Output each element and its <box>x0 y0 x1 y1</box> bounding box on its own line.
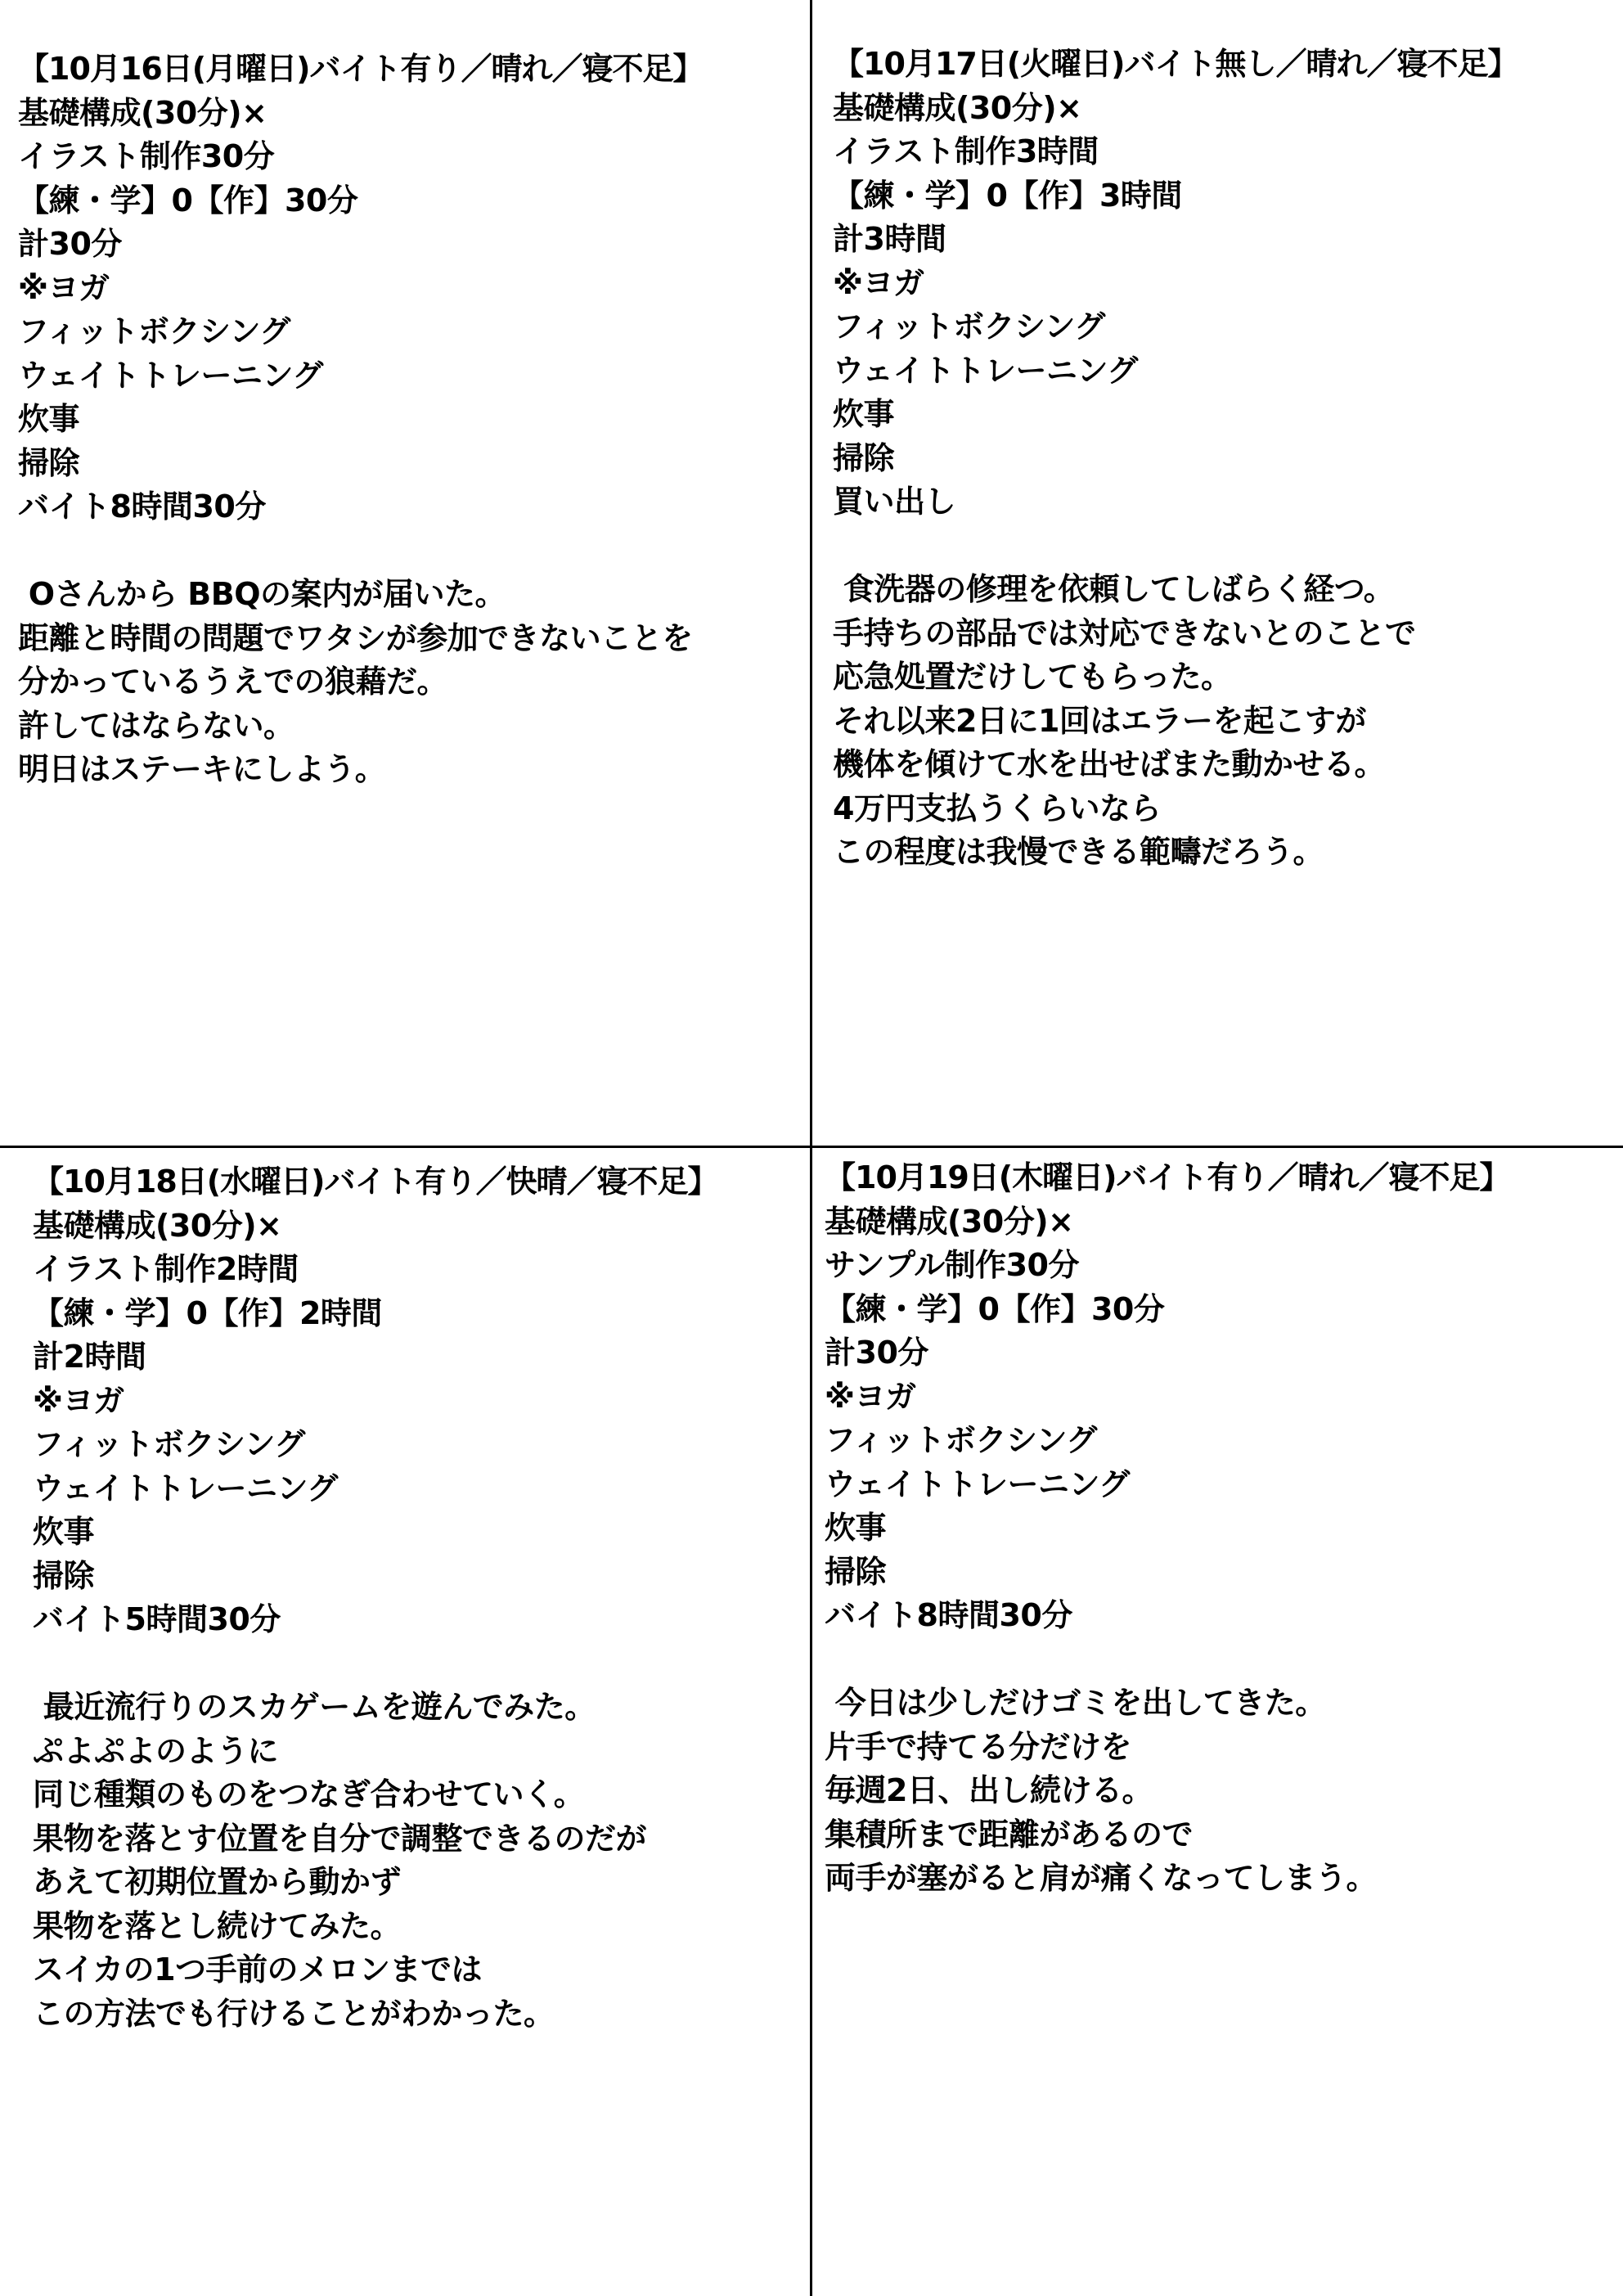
diary-text: Oさんから BBQの案内が届いた。 距離と時間の問題でワタシが参加できないことを… <box>18 573 704 792</box>
log-line: 炊事 <box>33 1510 718 1555</box>
horizontal-divider <box>0 1146 1623 1148</box>
activity-log: 基礎構成(30分)× イラスト制作2時間 【練・学】0【作】2時間 計2時間 ※… <box>33 1204 718 1642</box>
diary-line: 明日はステーキにしよう。 <box>18 748 704 792</box>
log-line: イラスト制作3時間 <box>833 130 1518 174</box>
diary-line: 最近流行りのスカゲームを遊んでみた。 <box>33 1686 718 1730</box>
diary-line: 距離と時間の問題でワタシが参加できないことを <box>18 617 704 661</box>
diary-line: 片手で持てる分だけを <box>825 1726 1510 1770</box>
diary-line: 今日は少しだけゴミを出してきた。 <box>825 1681 1510 1726</box>
log-line: 買い出し <box>833 480 1518 524</box>
diary-line: 同じ種類のものをつなぎ合わせていく。 <box>33 1773 718 1817</box>
diary-line: ぷよぷよのように <box>33 1730 718 1774</box>
diary-line: あえて初期位置から動かず <box>33 1861 718 1905</box>
log-line: サンプル制作30分 <box>825 1244 1510 1288</box>
log-line: 基礎構成(30分)× <box>18 92 704 136</box>
log-line: 掃除 <box>33 1555 718 1599</box>
diary-line: 毎週2日、出し続ける。 <box>825 1769 1510 1813</box>
log-line: バイト5時間30分 <box>33 1598 718 1642</box>
log-line: ウェイトトレーニング <box>825 1463 1510 1507</box>
diary-line: この方法でも行けることがわかった。 <box>33 1992 718 2037</box>
diary-line: 手持ちの部品では対応できないとのことで <box>833 612 1518 656</box>
log-line: 基礎構成(30分)× <box>825 1200 1510 1245</box>
log-line: イラスト制作2時間 <box>33 1248 718 1292</box>
log-line: フィットボクシング <box>18 310 704 354</box>
log-line: ウェイトトレーニング <box>33 1467 718 1511</box>
diary-line: 果物を落とし続けてみた。 <box>33 1905 718 1949</box>
diary-line: スイカの1つ手前のメロンまでは <box>33 1948 718 1992</box>
entry-oct-16: 【10月16日(月曜日)バイト有り／晴れ／寝不足】 基礎構成(30分)× イラス… <box>18 47 704 792</box>
entry-header: 【10月19日(木曜日)バイト有り／晴れ／寝不足】 <box>825 1156 1510 1200</box>
log-line: バイト8時間30分 <box>18 485 704 529</box>
spacer <box>825 1638 1510 1682</box>
log-line: 【練・学】0【作】2時間 <box>33 1292 718 1336</box>
entry-oct-18: 【10月18日(水曜日)バイト有り／快晴／寝不足】 基礎構成(30分)× イラス… <box>33 1160 718 2036</box>
diary-text: 今日は少しだけゴミを出してきた。 片手で持てる分だけを 毎週2日、出し続ける。 … <box>825 1681 1510 1901</box>
activity-log: 基礎構成(30分)× サンプル制作30分 【練・学】0【作】30分 計30分 ※… <box>825 1200 1510 1638</box>
activity-log: 基礎構成(30分)× イラスト制作3時間 【練・学】0【作】3時間 計3時間 ※… <box>833 87 1518 524</box>
log-line: 炊事 <box>18 398 704 442</box>
log-line: 基礎構成(30分)× <box>833 87 1518 131</box>
diary-line: それ以来2日に1回はエラーを起こすが <box>833 700 1518 744</box>
log-line: ※ヨガ <box>18 267 704 311</box>
log-line: ウェイトトレーニング <box>18 354 704 398</box>
diary-line: 食洗器の修理を依頼してしばらく経つ。 <box>833 568 1518 612</box>
log-line: 掃除 <box>833 437 1518 481</box>
log-line: ※ヨガ <box>833 262 1518 306</box>
diary-line: 応急処置だけしてもらった。 <box>833 655 1518 700</box>
diary-line: 4万円支払うくらいなら <box>833 787 1518 831</box>
diary-line: 機体を傾けて水を出せばまた動かせる。 <box>833 743 1518 787</box>
diary-line: 分かっているうえでの狼藉だ。 <box>18 660 704 705</box>
diary-text: 食洗器の修理を依頼してしばらく経つ。 手持ちの部品では対応できないとのことで 応… <box>833 568 1518 875</box>
log-line: 計30分 <box>18 223 704 267</box>
log-line: 【練・学】0【作】3時間 <box>833 174 1518 218</box>
log-line: ウェイトトレーニング <box>833 349 1518 394</box>
log-line: 掃除 <box>825 1551 1510 1595</box>
log-line: フィットボクシング <box>825 1419 1510 1463</box>
activity-log: 基礎構成(30分)× イラスト制作30分 【練・学】0【作】30分 計30分 ※… <box>18 92 704 529</box>
diary-line: この程度は我慢できる範疇だろう。 <box>833 831 1518 875</box>
log-line: イラスト制作30分 <box>18 135 704 179</box>
diary-line: 両手が塞がると肩が痛くなってしまう。 <box>825 1857 1510 1901</box>
entry-header: 【10月17日(火曜日)バイト無し／晴れ／寝不足】 <box>833 43 1518 87</box>
entry-oct-17: 【10月17日(火曜日)バイト無し／晴れ／寝不足】 基礎構成(30分)× イラス… <box>833 43 1518 875</box>
entry-header: 【10月18日(水曜日)バイト有り／快晴／寝不足】 <box>33 1160 718 1204</box>
log-line: ※ヨガ <box>33 1380 718 1424</box>
log-line: フィットボクシング <box>33 1423 718 1467</box>
log-line: 炊事 <box>833 393 1518 437</box>
spacer <box>33 1642 718 1686</box>
log-line: フィットボクシング <box>833 305 1518 349</box>
log-line: 炊事 <box>825 1506 1510 1551</box>
log-line: バイト8時間30分 <box>825 1594 1510 1638</box>
log-line: ※ヨガ <box>825 1375 1510 1420</box>
diary-line: 許してはならない。 <box>18 705 704 749</box>
entry-header: 【10月16日(月曜日)バイト有り／晴れ／寝不足】 <box>18 47 704 92</box>
log-line: 【練・学】0【作】30分 <box>825 1288 1510 1332</box>
log-line: 基礎構成(30分)× <box>33 1204 718 1249</box>
diary-line: 果物を落とす位置を自分で調整できるのだが <box>33 1817 718 1862</box>
spacer <box>833 524 1518 569</box>
entry-oct-19: 【10月19日(木曜日)バイト有り／晴れ／寝不足】 基礎構成(30分)× サンプ… <box>825 1156 1510 1901</box>
log-line: 計30分 <box>825 1331 1510 1375</box>
log-line: 計2時間 <box>33 1335 718 1380</box>
vertical-divider <box>810 0 812 2296</box>
diary-text: 最近流行りのスカゲームを遊んでみた。 ぷよぷよのように 同じ種類のものをつなぎ合… <box>33 1686 718 2036</box>
diary-line: 集積所まで距離があるので <box>825 1813 1510 1857</box>
spacer <box>18 529 704 574</box>
log-line: 掃除 <box>18 442 704 486</box>
diary-line: Oさんから BBQの案内が届いた。 <box>18 573 704 617</box>
log-line: 【練・学】0【作】30分 <box>18 179 704 223</box>
log-line: 計3時間 <box>833 218 1518 262</box>
